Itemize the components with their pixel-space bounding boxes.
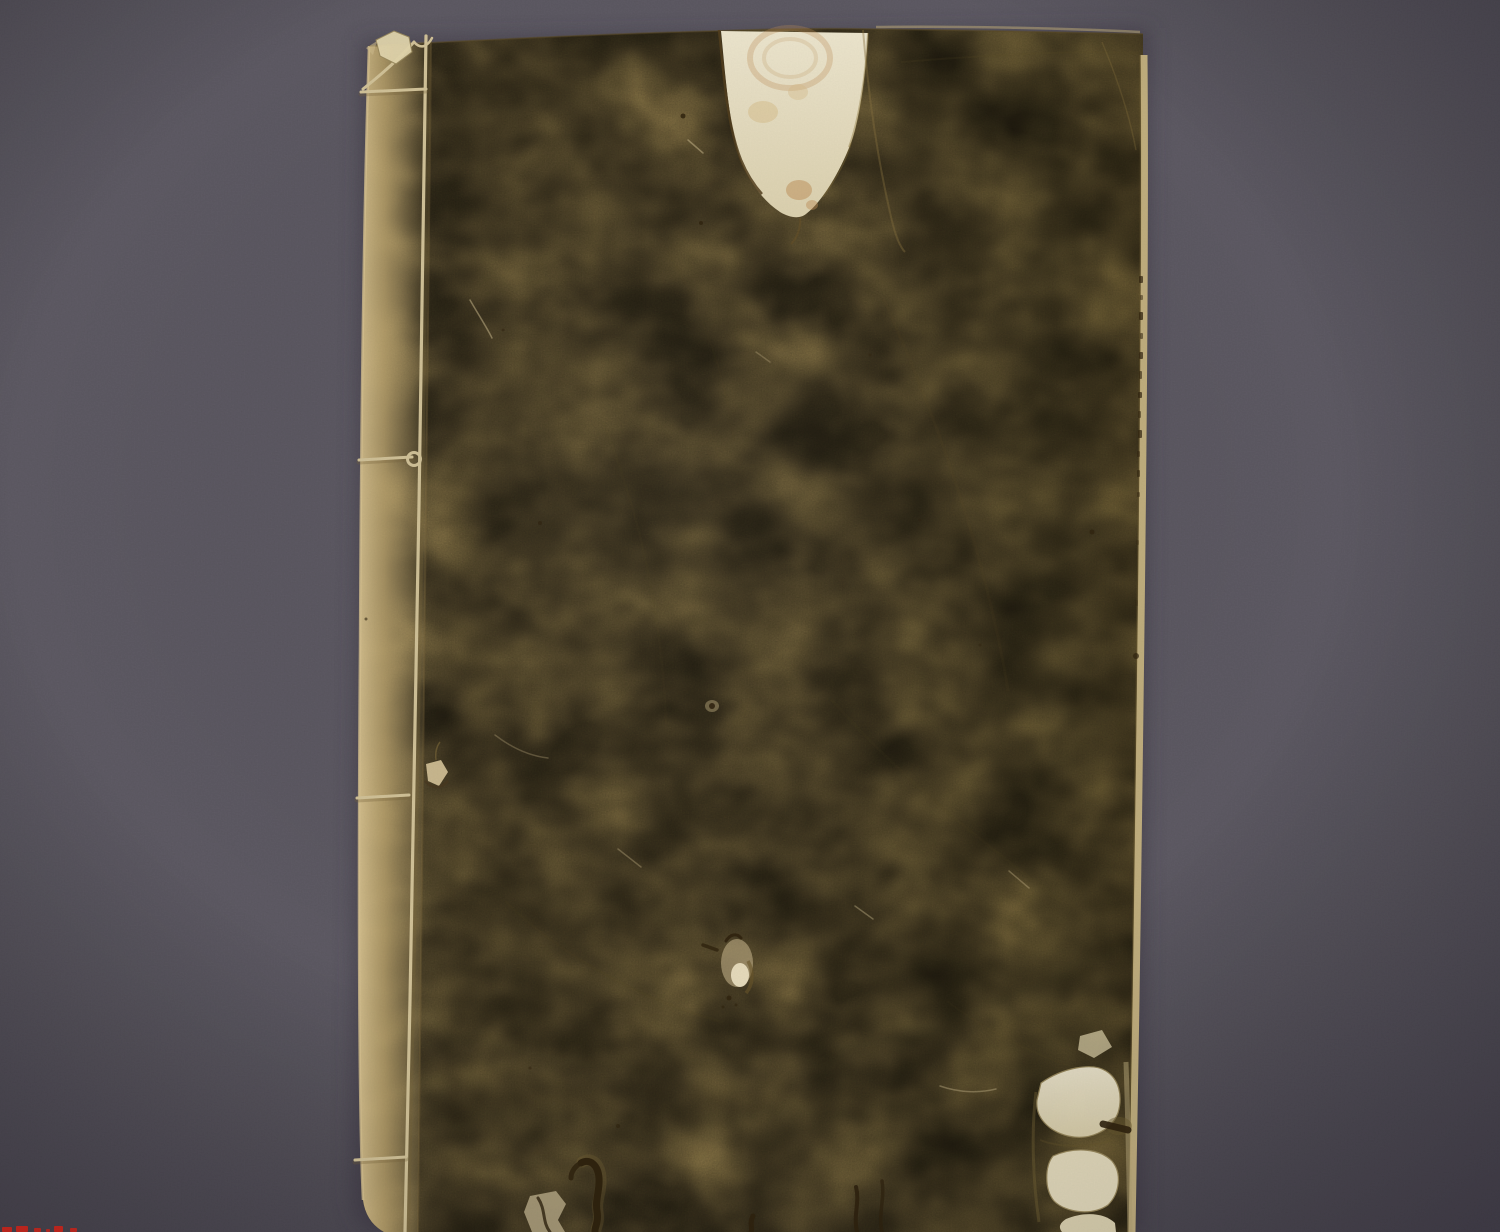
photo-stage	[0, 0, 1500, 1232]
book-photograph	[0, 0, 1500, 1232]
photo-vignette	[0, 0, 1500, 1232]
